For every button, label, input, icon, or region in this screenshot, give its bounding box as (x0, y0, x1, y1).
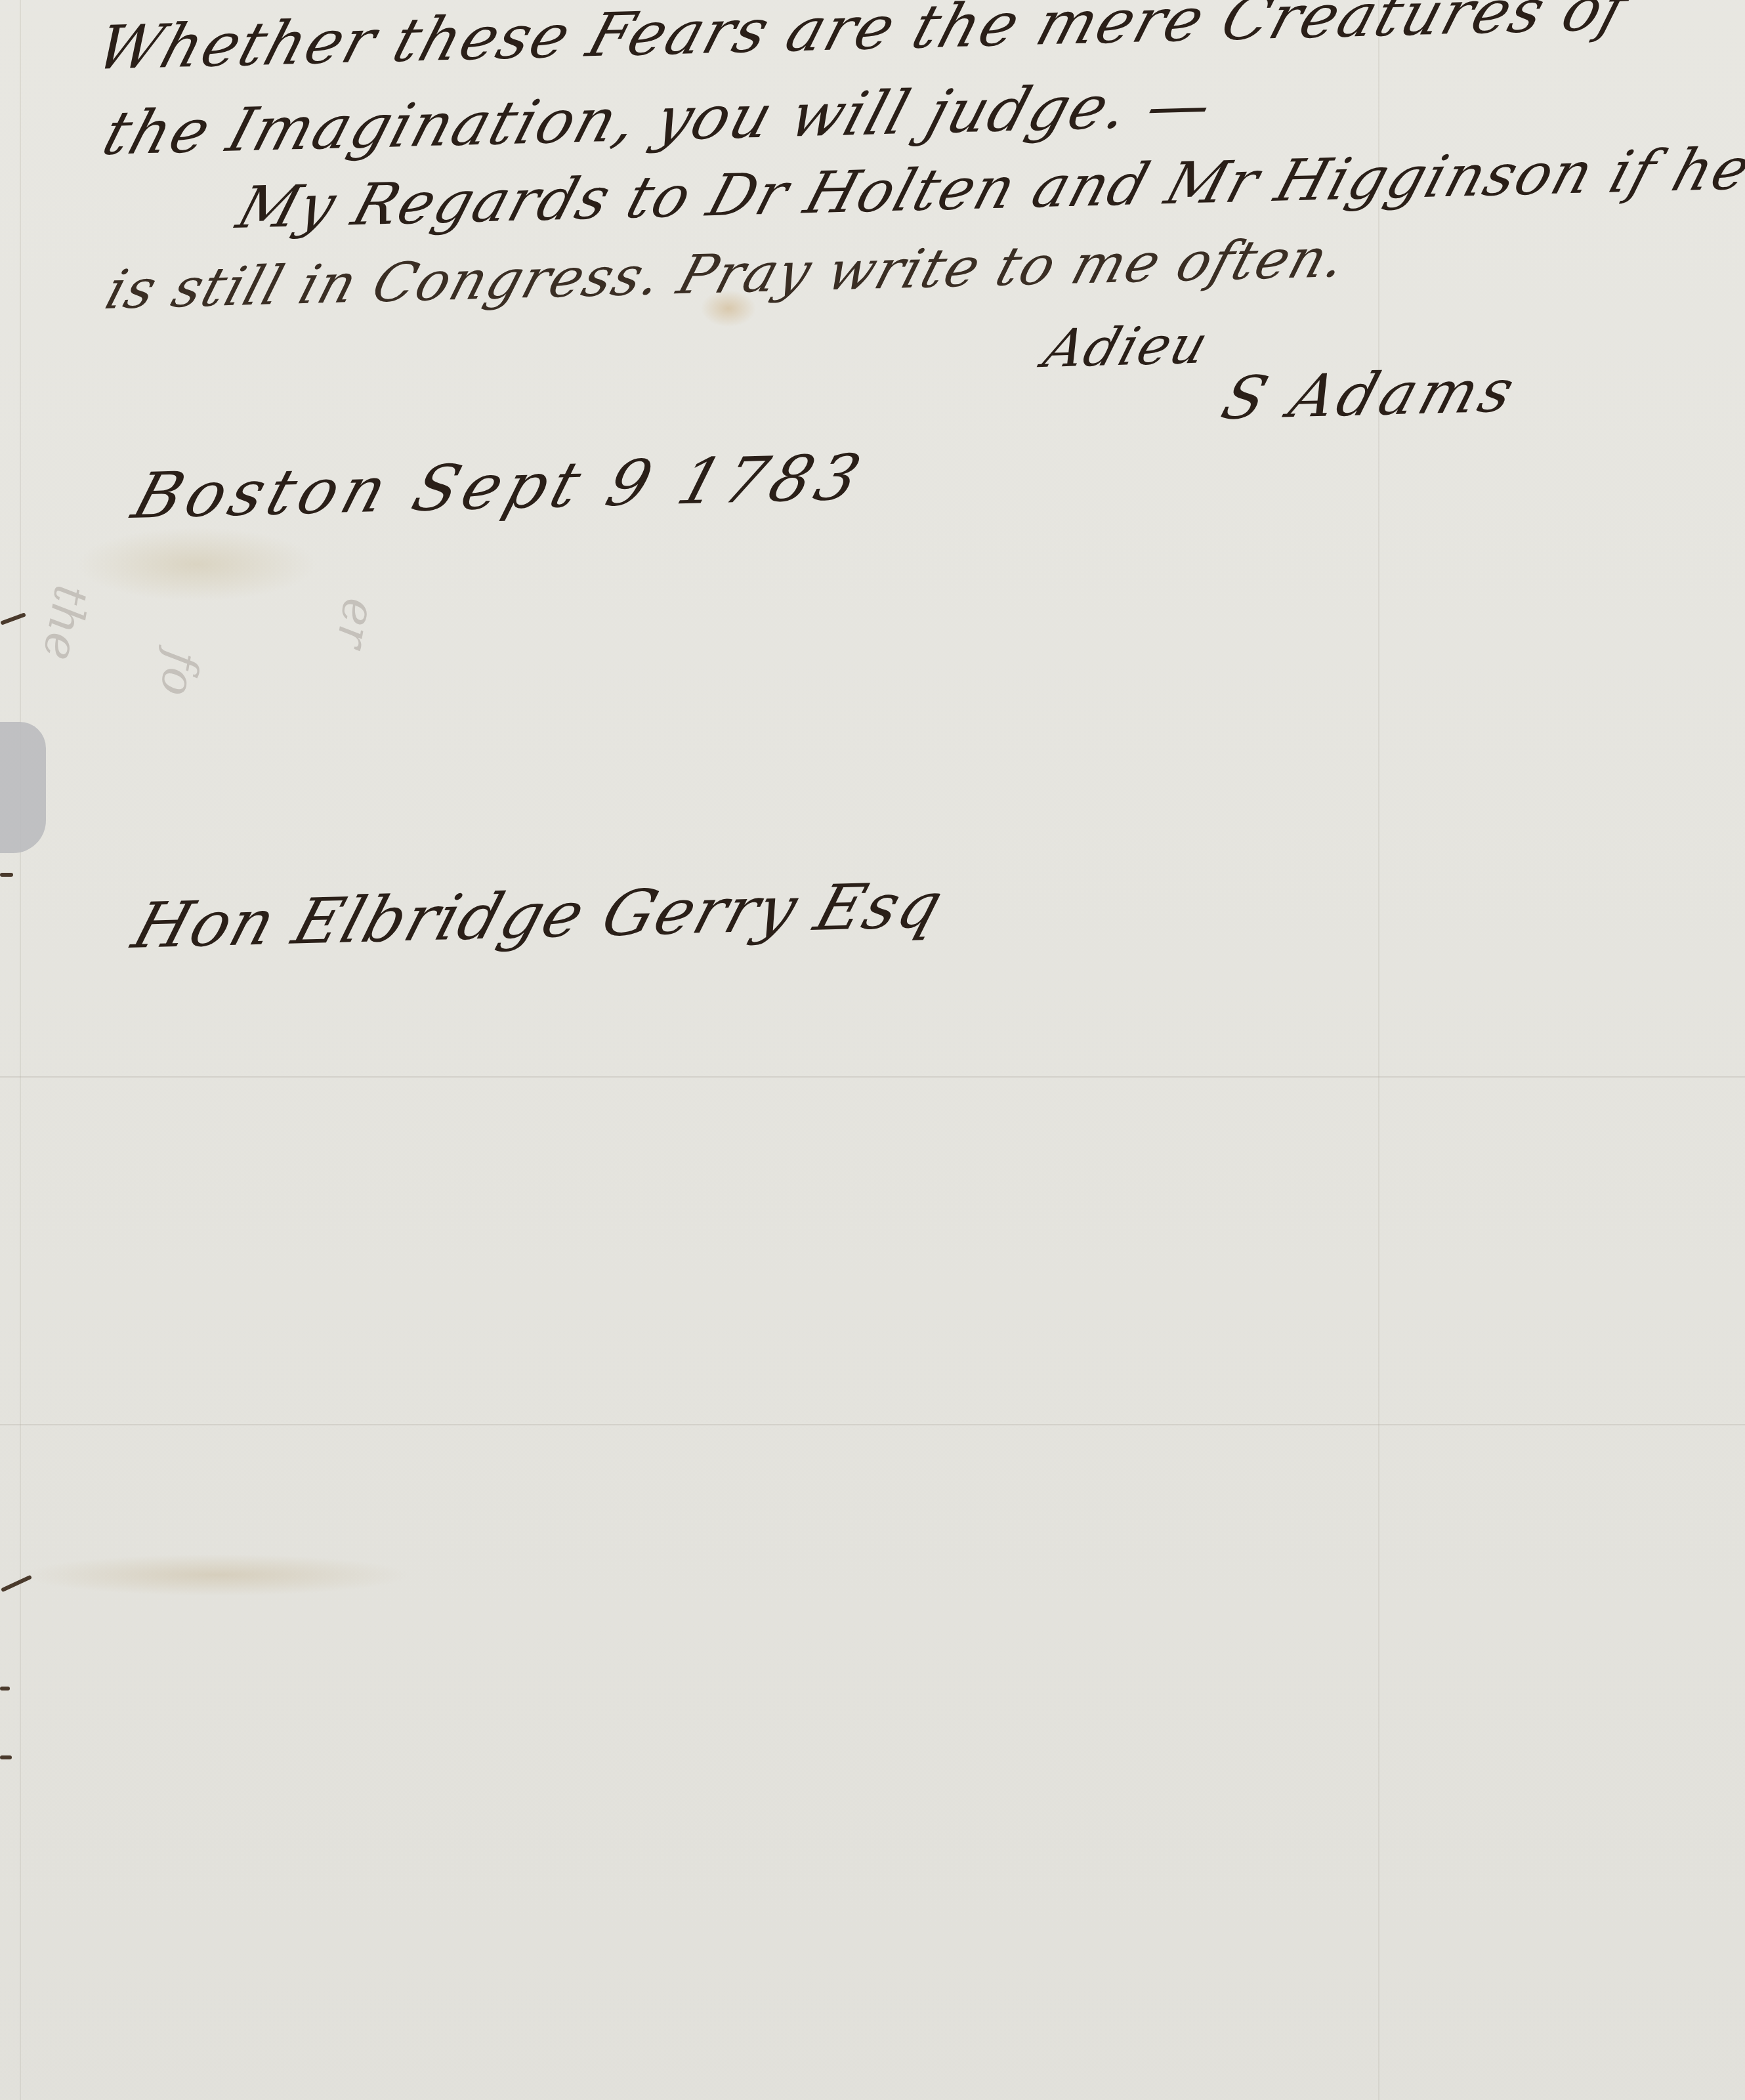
bleed-through-text: er (326, 595, 387, 652)
paper-fold-horizontal (0, 1424, 1745, 1425)
place-date-line: Boston Sept 9 1783 (125, 440, 874, 533)
margin-ink-mark (0, 1755, 12, 1759)
paper-fold-vertical (1378, 0, 1379, 2100)
margin-ink-mark (1, 1575, 32, 1593)
letter-page: the fo er Whether these Fears are the me… (0, 0, 1745, 2100)
margin-ink-mark (0, 612, 26, 625)
grey-stain (0, 722, 46, 853)
paper-fold-vertical (20, 0, 21, 2100)
bleed-through-text: the (32, 581, 98, 665)
margin-ink-mark (0, 1687, 10, 1690)
bleed-through-text: fo (149, 647, 210, 700)
valediction: Adieu (1037, 314, 1216, 379)
recipient-address: Hon Elbridge Gerry Esq (125, 868, 952, 963)
signature: S Adams (1214, 357, 1526, 433)
paper-fold-horizontal (0, 1076, 1745, 1078)
margin-ink-mark (0, 873, 13, 877)
body-line-4: is still in Congress. Pray write to me o… (98, 227, 1355, 322)
body-line-1: Whether these Fears are the mere Creatur… (89, 0, 1637, 83)
